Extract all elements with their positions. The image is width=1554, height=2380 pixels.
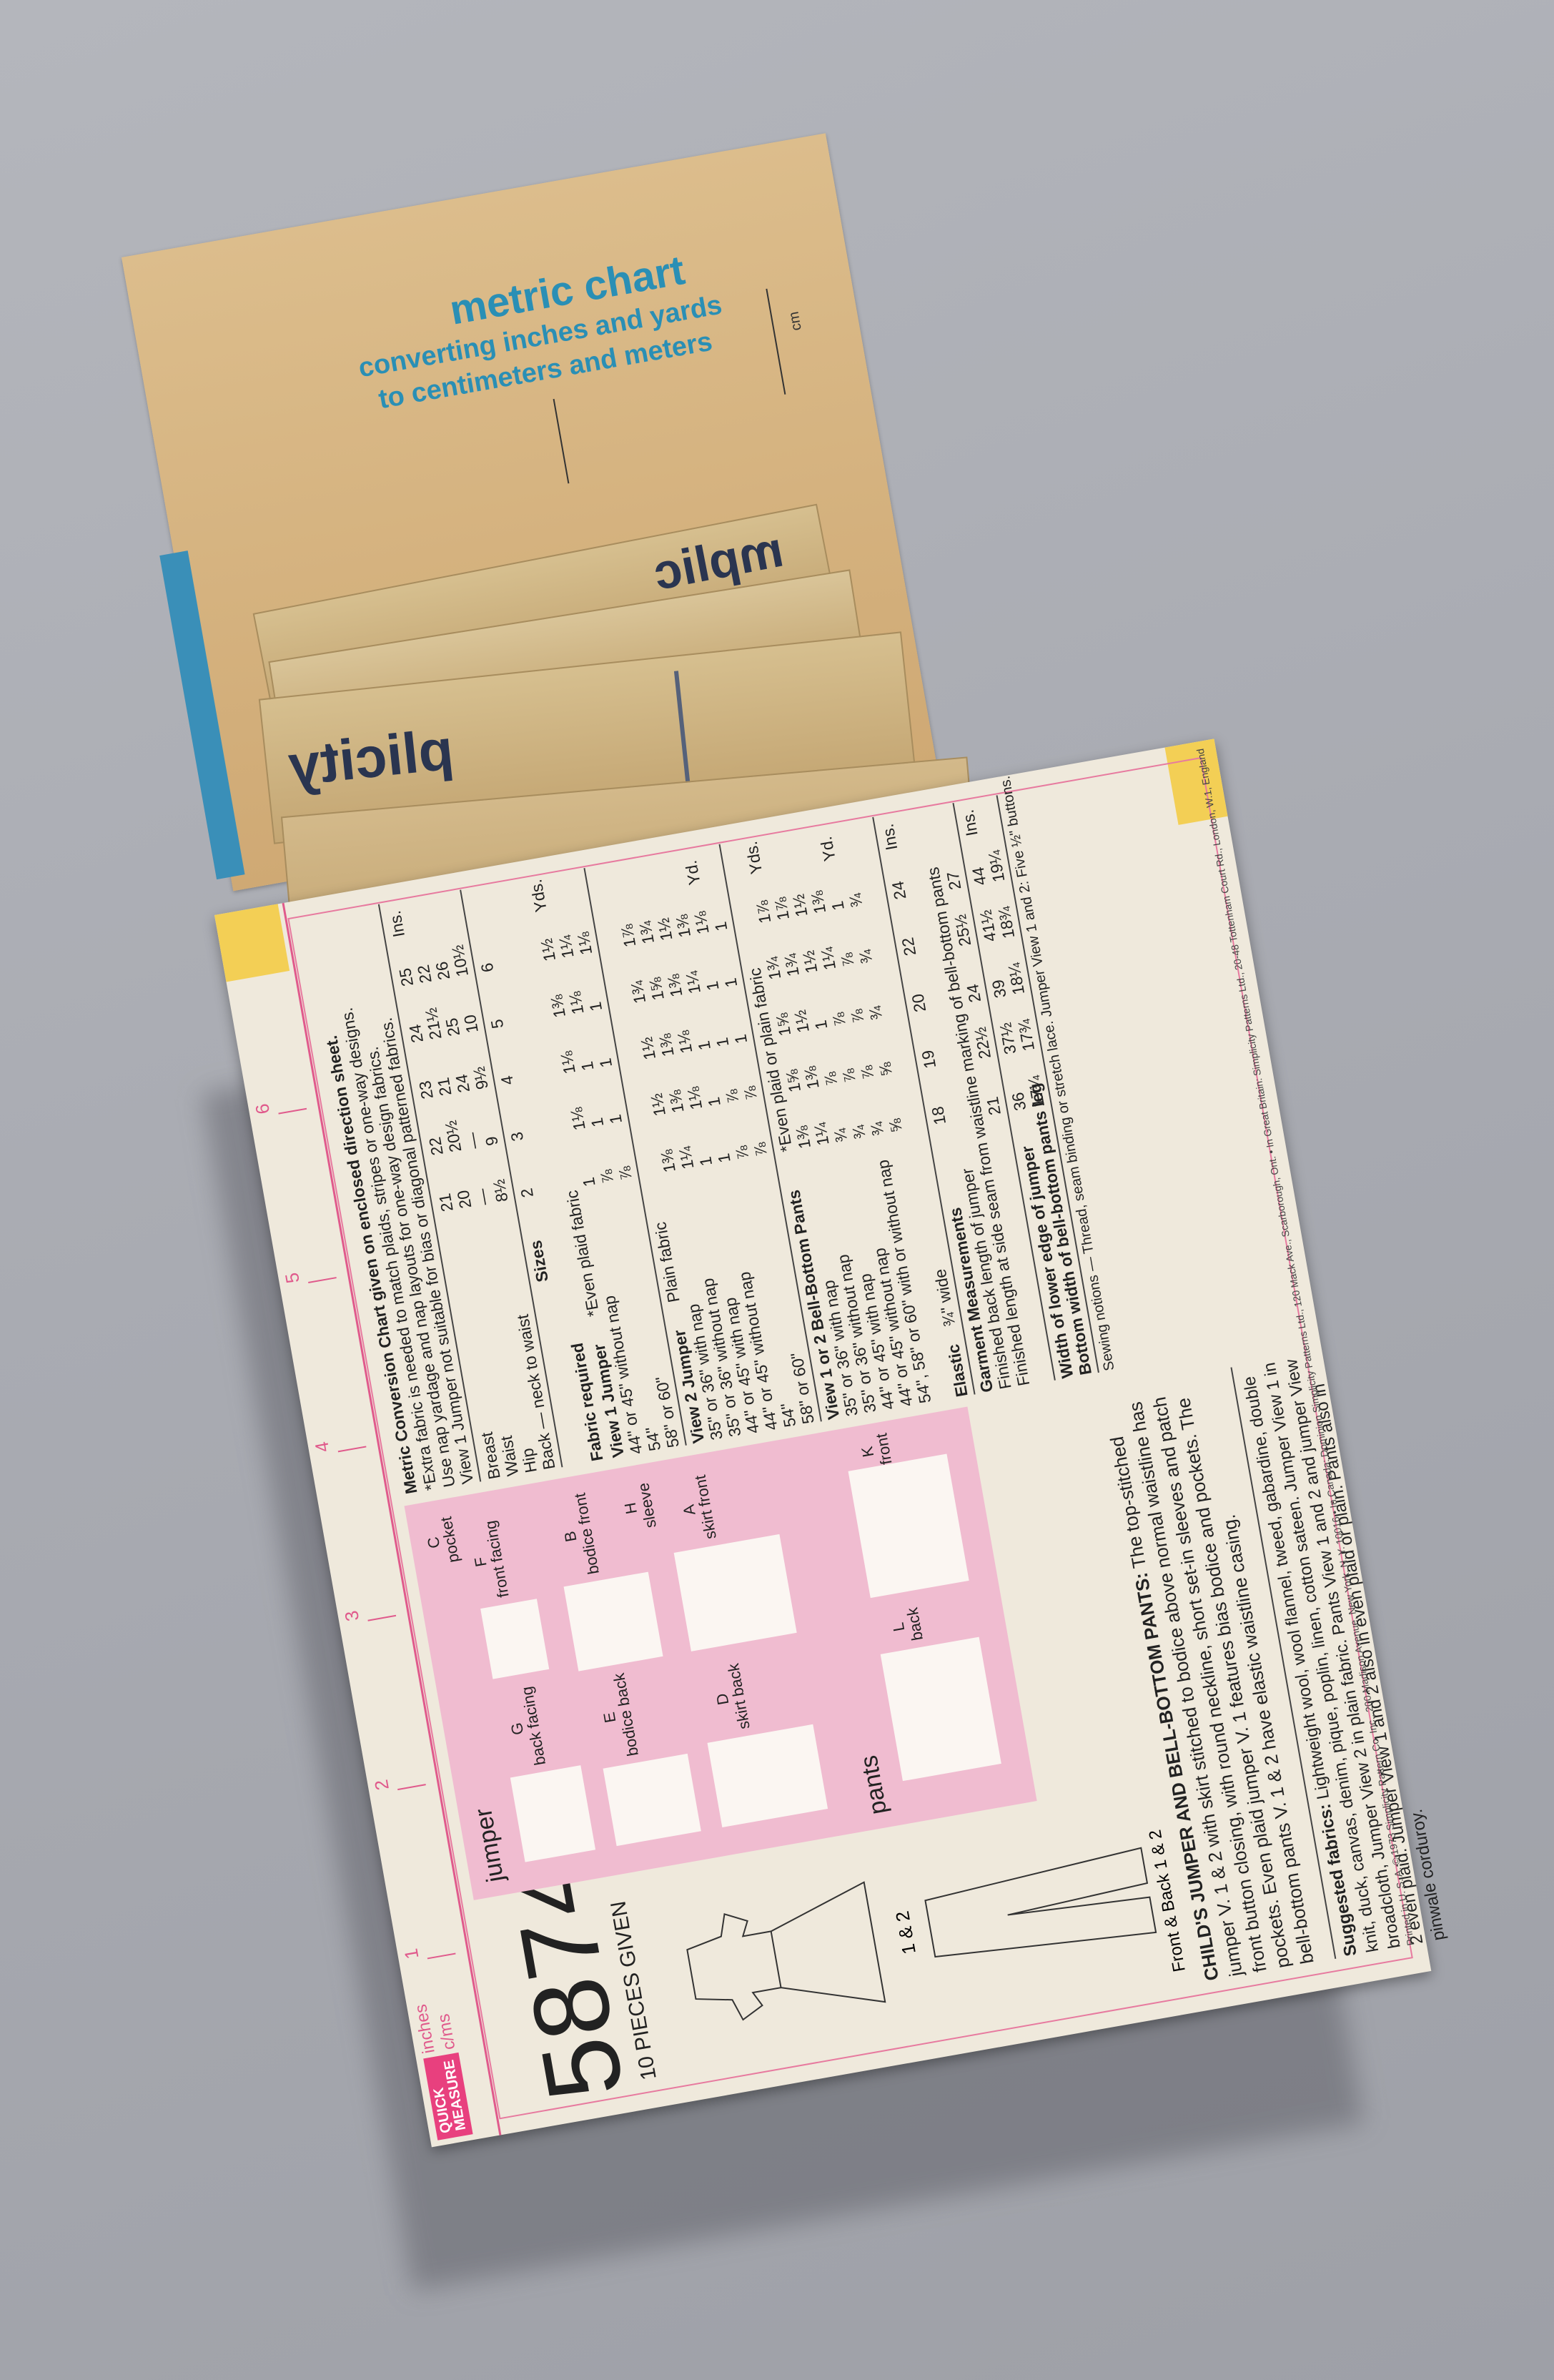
blue-edge — [159, 550, 244, 879]
metric-unit-label: cm — [786, 310, 805, 332]
pattern-pieces-panel: jumper pants Gback facing Ebodice back D… — [405, 1407, 1037, 1900]
chart-rule — [766, 289, 786, 395]
jumper-sketch — [663, 1859, 903, 2058]
chart-rule — [553, 399, 570, 484]
views-label-dress: 1 & 2 — [891, 1910, 921, 1956]
envelope-back-content: QUICK MEASURE inches c/ms 1 2 3 4 5 6 58… — [214, 739, 1431, 2147]
tissue-brand-mirrored: plicity — [285, 716, 457, 799]
pants-sketch — [911, 1819, 1168, 2000]
pants-label: pants — [855, 1753, 893, 1817]
jumper-label: jumper — [470, 1806, 510, 1884]
pattern-envelope: QUICK MEASURE inches c/ms 1 2 3 4 5 6 58… — [214, 739, 1431, 2147]
grain-line — [674, 671, 691, 792]
quick-measure-logo: QUICK MEASURE — [423, 2053, 472, 2140]
ruler-units: inches c/ms — [411, 1999, 460, 2055]
